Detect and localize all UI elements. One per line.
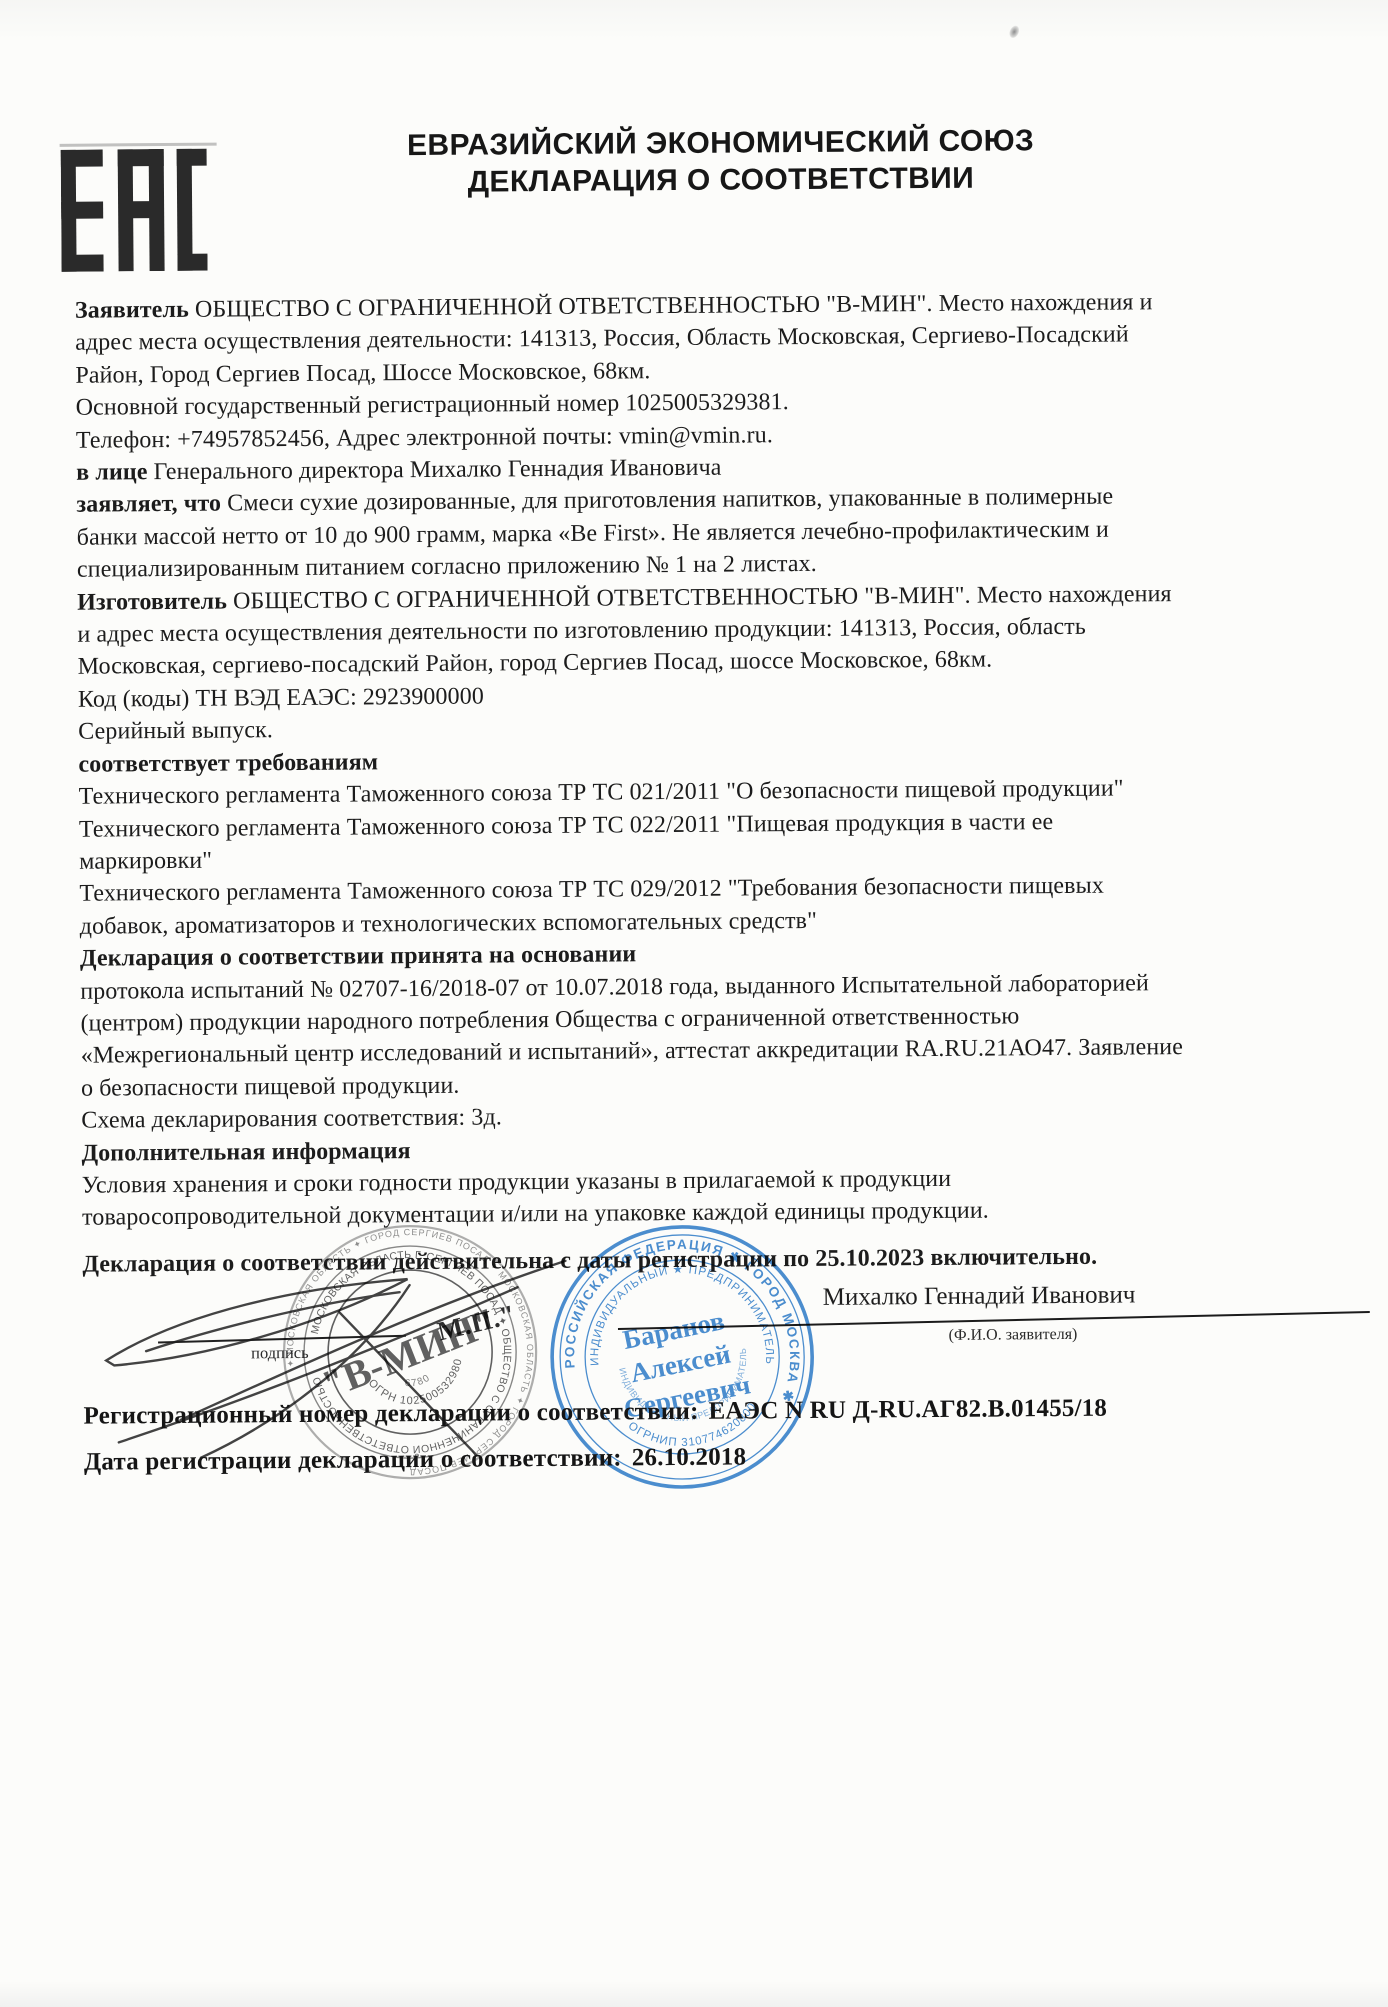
eac-mark-icon	[61, 149, 208, 272]
title-union-line: ЕВРАЗИЙСКИЙ ЭКОНОМИЧЕСКИЙ СОЮЗ	[342, 122, 1098, 165]
scan-artifact-line	[60, 143, 217, 147]
title-declaration-line: ДЕКЛАРАЦИЯ О СООТВЕТСТВИИ	[343, 159, 1099, 202]
svg-text:"В-МИН": "В-МИН"	[316, 1298, 504, 1407]
document-title: ЕВРАЗИЙСКИЙ ЭКОНОМИЧЕСКИЙ СОЮЗ ДЕКЛАРАЦИ…	[342, 122, 1099, 202]
registration-date-label: Дата регистрации декларации о соответств…	[84, 1444, 622, 1475]
declaration-document-page: ЕВРАЗИЙСКИЙ ЭКОНОМИЧЕСКИЙ СОЮЗ ДЕКЛАРАЦИ…	[0, 0, 1388, 2007]
registration-date-value: 26.10.2018	[632, 1443, 747, 1471]
registration-date-line: Дата регистрации декларации о соответств…	[84, 1443, 747, 1476]
registration-number-value: ЕАЭС N RU Д-RU.АГ82.В.01455/18	[708, 1395, 1107, 1425]
applicant-name-caption: (Ф.И.О. заявителя)	[913, 1326, 1113, 1346]
body-text: Заявитель ОБЩЕСТВО С ОГРАНИЧЕННОЙ ОТВЕТС…	[75, 285, 1378, 1281]
registration-number-label: Регистрационный номер декларации о соотв…	[83, 1398, 698, 1430]
scanned-sheet: ЕВРАЗИЙСКИЙ ЭКОНОМИЧЕСКИЙ СОЮЗ ДЕКЛАРАЦИ…	[0, 0, 1388, 2007]
applicant-name: Михалко Геннадий Иванович	[823, 1281, 1136, 1311]
scan-speck	[1007, 24, 1021, 40]
